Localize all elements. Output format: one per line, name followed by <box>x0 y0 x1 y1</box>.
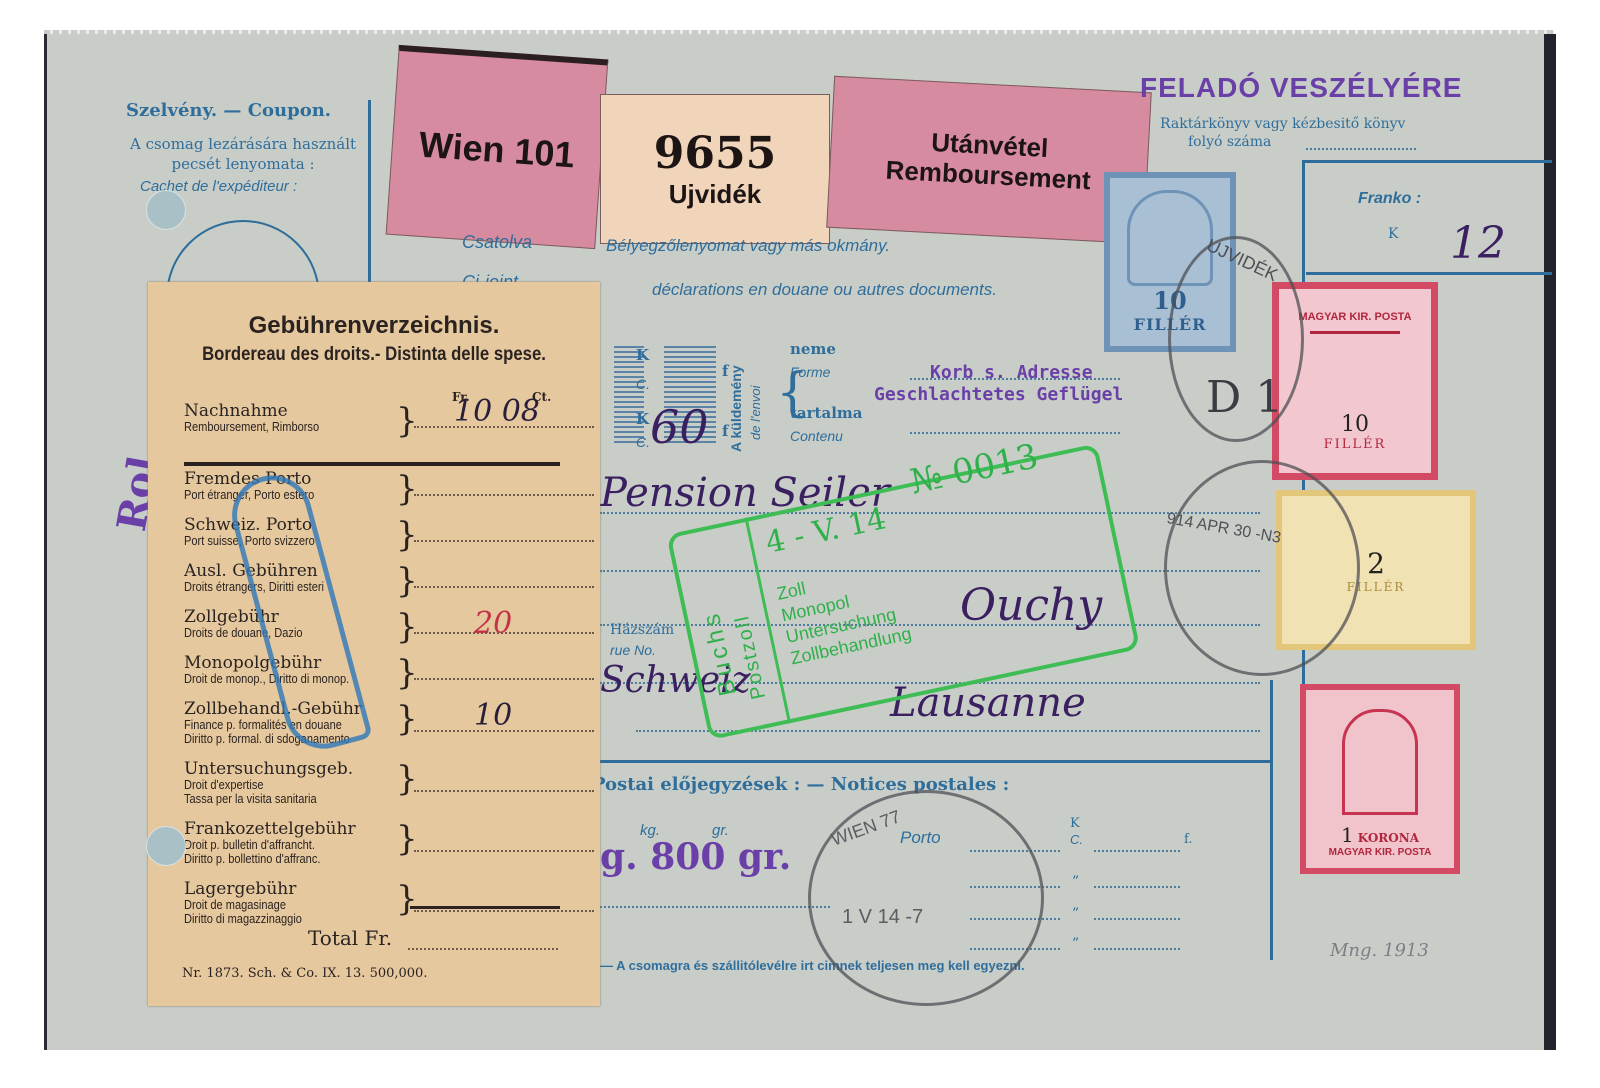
stamp-name: MAGYAR KIR. POSTA <box>1329 847 1432 858</box>
weight-line <box>600 906 830 908</box>
fee-row: MonopolgebührDroit de monop., Diritto di… <box>184 654 594 686</box>
fee-slip-subtitle: Bordereau des droits.- Distinta delle sp… <box>175 344 573 366</box>
amount-k1: K <box>636 346 649 364</box>
parcel-city: Ujvidék <box>669 179 762 210</box>
fee-row-brace: } <box>396 564 418 598</box>
pencil-note: Mng. 1913 <box>1330 940 1429 961</box>
fee-row-line <box>414 540 594 542</box>
franko-k: K <box>1388 226 1398 242</box>
fee-row-it: Tassa per la visita sanitaria <box>184 792 533 806</box>
fee-row: Zollbehandl.-GebührFinance p. formalités… <box>184 700 594 746</box>
fee-row: NachnahmeRemboursement, Rimborso}10 08 <box>184 402 594 434</box>
attach-text-hu: Bélyegzőlenyomat vagy más okmány. <box>606 236 890 256</box>
fee-row-brace: } <box>396 518 418 552</box>
franko-value: 12 <box>1450 218 1506 269</box>
postmark-wien <box>808 790 1044 1006</box>
coupon-instruction: A csomag lezárására használt pecsét leny… <box>128 134 358 174</box>
stamp-value: 1 <box>1341 823 1354 847</box>
cod-label: Utánvétel Remboursement <box>826 76 1152 244</box>
portrait-icon <box>1342 709 1418 815</box>
postmark-date: 1 V 14 -7 <box>842 906 923 929</box>
fee-row-value: 10 08 <box>454 394 540 429</box>
fee-row-line <box>414 850 594 852</box>
ditto: ” <box>1072 936 1079 952</box>
fee-row-line <box>414 494 594 496</box>
origin-label: Wien 101 <box>386 45 609 249</box>
stamp-value: 10 <box>1341 412 1369 437</box>
punch-hole <box>146 190 186 230</box>
register-label: Raktárkönyv vagy kézbesitő könyv <box>1160 116 1405 132</box>
amount-side-hu: A küldemény <box>728 342 744 452</box>
register-label-2: folyó száma <box>1188 134 1271 150</box>
cod-label-fr: Remboursement <box>885 155 1091 196</box>
amount-c2: C. <box>636 434 650 450</box>
fee-row: Untersuchungsgeb.Droit d'expertiseTassa … <box>184 760 594 806</box>
fee-total-label: Total Fr. <box>308 926 392 950</box>
franz-joseph-stamp-1k: 1 KORONA MAGYAR KIR. POSTA <box>1300 684 1460 874</box>
fee-row-it: Diritto p. bollettino d'affranc. <box>184 852 533 866</box>
porto-c: C. <box>1070 832 1083 847</box>
fee-slip-title: Gebührenverzeichnis. <box>148 312 600 340</box>
attach-label-hu: Csatolva <box>462 232 532 253</box>
porto-k: K <box>1070 816 1080 831</box>
fee-row: ZollgebührDroits de douane, Dazio}20 <box>184 608 594 640</box>
amount-k2: K <box>636 410 649 428</box>
fee-total-line <box>408 948 558 950</box>
stamp-name: MAGYAR KIR. POSTA <box>1298 311 1411 323</box>
register-line <box>1306 148 1416 150</box>
ditto: ” <box>1072 874 1079 890</box>
parcel-number-label: 9655 Ujvidék <box>600 94 830 244</box>
stamp-unit: KORONA <box>1358 831 1419 845</box>
fee-row-line <box>414 910 594 912</box>
notices-top-line <box>600 760 1270 763</box>
stamp-value: 2 <box>1367 547 1385 580</box>
fee-imprint: Nr. 1873. Sch. & Co. IX. 13. 500,000. <box>182 966 427 981</box>
porto-line-3b <box>1094 918 1180 920</box>
fee-row-de: Lagergebühr <box>184 880 594 898</box>
porto-line-2b <box>1094 886 1180 888</box>
fee-total-rule <box>410 906 560 909</box>
sender-risk-stamp: FELADÓ VESZÉLYÉRE <box>1140 72 1462 104</box>
franko-label: Franko : <box>1358 190 1421 208</box>
turul-bird-icon <box>1310 331 1400 404</box>
amount-c1: C. <box>636 376 650 392</box>
attach-text-fr: déclarations en douane ou autres documen… <box>652 280 997 300</box>
fee-row-de: Zollbehandl.-Gebühr <box>184 700 594 718</box>
fee-row-de: Monopolgebühr <box>184 654 594 672</box>
fee-row-de: Zollgebühr <box>184 608 594 626</box>
franko-box-mid <box>1306 272 1552 275</box>
fee-row-de: Untersuchungsgeb. <box>184 760 594 778</box>
franko-box-top <box>1302 160 1552 163</box>
porto-line-1b <box>1094 850 1180 852</box>
porto-line-4b <box>1094 948 1180 950</box>
nature-neme: neme <box>790 340 836 358</box>
weight-value: g. 800 gr. <box>600 836 791 878</box>
origin-label-text: Wien 101 <box>418 123 576 176</box>
postmark-ujvidek-2 <box>1164 460 1360 676</box>
fee-row-brace: } <box>396 610 418 644</box>
coupon-title: Szelvény. — Coupon. <box>126 100 331 121</box>
fee-row-value: 20 <box>474 606 512 641</box>
fee-row-brace: } <box>396 656 418 690</box>
fee-divider <box>184 462 560 466</box>
punch-hole <box>146 826 186 866</box>
fee-row-brace: } <box>396 472 418 506</box>
stamp-unit: FILLÉR <box>1324 437 1387 452</box>
ditto: ” <box>1072 906 1079 922</box>
street-label-fr: rue No. <box>610 642 656 658</box>
fee-row: FrankozettelgebührDroit p. bulletin d'af… <box>184 820 594 866</box>
fee-slip: Gebührenverzeichnis. Bordereau des droit… <box>148 282 600 1006</box>
fee-row-value: 10 <box>474 698 512 733</box>
postmark-code: D 1 <box>1206 372 1283 423</box>
fee-row-line <box>414 586 594 588</box>
street-label-hu: Házszám <box>610 622 674 638</box>
notices-right-line <box>1270 680 1273 960</box>
nature-forme: Forme <box>790 364 830 380</box>
fee-row: LagergebührDroit de magasinageDiritto di… <box>184 880 594 926</box>
fee-row-line <box>414 790 594 792</box>
fee-row-brace: } <box>396 404 418 438</box>
fee-row-line <box>414 678 594 680</box>
fee-row-de: Frankozettelgebühr <box>184 820 594 838</box>
porto-f: f. <box>1184 832 1192 847</box>
parcel-number: 9655 <box>654 128 776 179</box>
fee-row-it: Diritto di magazzinaggio <box>184 912 533 926</box>
